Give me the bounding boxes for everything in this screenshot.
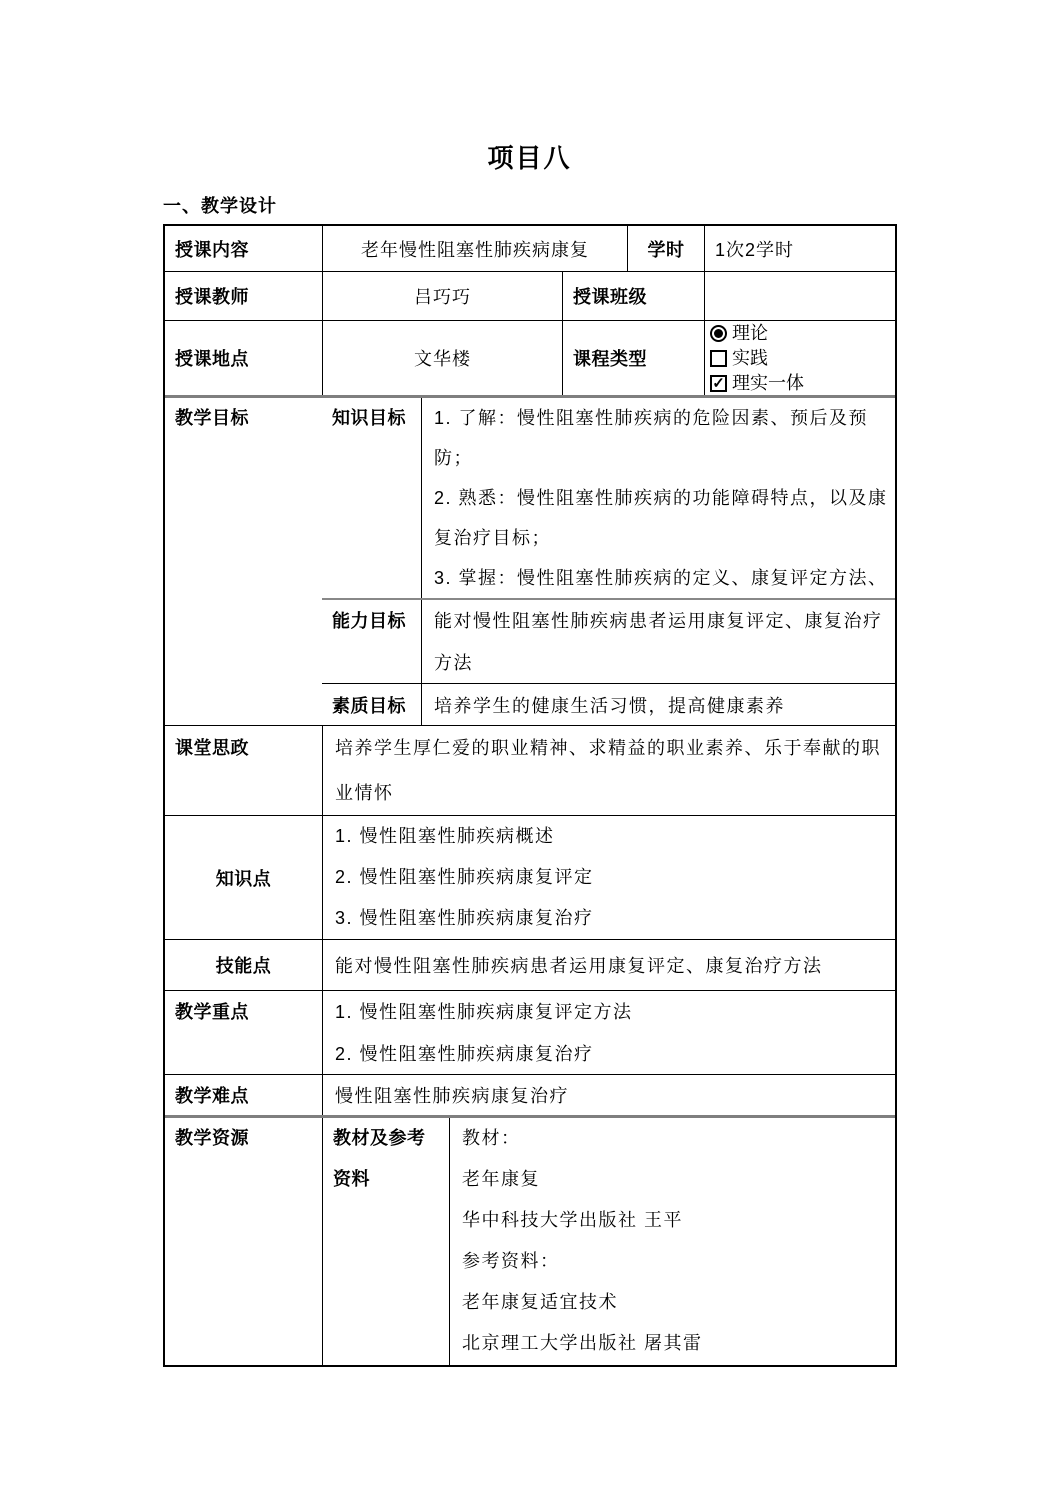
section-heading: 一、教学设计 <box>163 192 277 218</box>
row-difficult-points: 教学难点 慢性阻塞性肺疾病康复治疗 <box>165 1074 895 1115</box>
teacher-label: 授课教师 <box>165 272 322 320</box>
ability-objective-content: 能对慢性阻塞性肺疾病患者运用康复评定、康复治疗方法 <box>422 600 895 683</box>
option-label: 理实一体 <box>732 371 804 396</box>
row-key-points: 教学重点 1. 慢性阻塞性肺疾病康复评定方法2. 慢性阻塞性肺疾病康复治疗 <box>165 990 895 1074</box>
key-points-content: 1. 慢性阻塞性肺疾病康复评定方法2. 慢性阻塞性肺疾病康复治疗 <box>323 991 639 1074</box>
course-type-option-practice[interactable]: 实践 <box>710 346 768 371</box>
skill-points-label: 技能点 <box>165 940 322 990</box>
quality-objective-label: 素质目标 <box>322 684 421 725</box>
ideology-content: 培养学生厚仁爱的职业精神、求精益的职业素养、乐于奉献的职业情怀 <box>323 726 895 815</box>
knowledge-objective-content: 1. 了解：慢性阻塞性肺疾病的危险因素、预后及预防；2. 熟悉：慢性阻塞性肺疾病… <box>422 398 895 598</box>
row-teaching-content: 授课内容 老年慢性阻塞性肺疾病康复 学时 1次2学时 <box>165 226 895 271</box>
ideology-label: 课堂思政 <box>165 726 322 815</box>
ability-objective-label: 能力目标 <box>322 600 421 683</box>
document-page: 项目八 一、教学设计 授课内容 老年慢性阻塞性肺疾病康复 学时 1次2学时 授课… <box>0 0 1059 1497</box>
course-type-option-theory[interactable]: 理论 <box>710 321 768 346</box>
location-value: 文华楼 <box>322 321 562 395</box>
course-type-options: 理论 实践 理实一体 <box>704 321 895 395</box>
row-knowledge-points: 知识点 1. 慢性阻塞性肺疾病概述2. 慢性阻塞性肺疾病康复评定3. 慢性阻塞性… <box>165 815 895 939</box>
resources-label: 教学资源 <box>165 1118 322 1365</box>
difficult-points-label: 教学难点 <box>165 1075 322 1115</box>
checkbox-checked-icon[interactable] <box>710 375 727 392</box>
teacher-value: 吕巧巧 <box>322 272 562 320</box>
row-objectives: 教学目标 知识目标 1. 了解：慢性阻塞性肺疾病的危险因素、预后及预防；2. 熟… <box>165 395 895 725</box>
hours-label: 学时 <box>627 226 704 271</box>
course-type-label: 课程类型 <box>562 321 704 395</box>
row-skill-points: 技能点 能对慢性阻塞性肺疾病患者运用康复评定、康复治疗方法 <box>165 939 895 990</box>
teaching-content-label: 授课内容 <box>165 226 322 271</box>
knowledge-points-content: 1. 慢性阻塞性肺疾病概述2. 慢性阻塞性肺疾病康复评定3. 慢性阻塞性肺疾病康… <box>323 816 600 939</box>
row-ideology: 课堂思政 培养学生厚仁爱的职业精神、求精益的职业素养、乐于奉献的职业情怀 <box>165 725 895 815</box>
subrow-quality-objective: 素质目标 培养学生的健康生活习惯，提高健康素养 <box>322 683 895 725</box>
row-location: 授课地点 文华楼 课程类型 理论 实践 理实一体 <box>165 320 895 395</box>
location-label: 授课地点 <box>165 321 322 395</box>
teaching-content-value: 老年慢性阻塞性肺疾病康复 <box>322 226 627 271</box>
teaching-design-table: 授课内容 老年慢性阻塞性肺疾病康复 学时 1次2学时 授课教师 吕巧巧 授课班级… <box>163 224 897 1367</box>
key-points-label: 教学重点 <box>165 991 322 1074</box>
resources-content: 教材：老年康复华中科技大学出版社 王平参考资料：老年康复适宜技术北京理工大学出版… <box>450 1118 709 1364</box>
course-type-option-integrated[interactable]: 理实一体 <box>710 371 804 396</box>
difficult-points-content: 慢性阻塞性肺疾病康复治疗 <box>323 1082 575 1108</box>
skill-points-content: 能对慢性阻塞性肺疾病患者运用康复评定、康复治疗方法 <box>323 952 829 978</box>
option-label: 实践 <box>732 346 768 371</box>
row-teacher: 授课教师 吕巧巧 授课班级 <box>165 271 895 320</box>
row-resources: 教学资源 教材及参考资料 教材：老年康复华中科技大学出版社 王平参考资料：老年康… <box>165 1115 895 1365</box>
quality-objective-content: 培养学生的健康生活习惯，提高健康素养 <box>422 692 791 718</box>
page-title: 项目八 <box>0 138 1059 175</box>
class-value <box>704 272 895 320</box>
checkbox-unchecked-icon[interactable] <box>710 350 727 367</box>
subrow-ability-objective: 能力目标 能对慢性阻塞性肺疾病患者运用康复评定、康复治疗方法 <box>322 598 895 683</box>
hours-value: 1次2学时 <box>704 226 895 271</box>
subrow-knowledge-objective: 知识目标 1. 了解：慢性阻塞性肺疾病的危险因素、预后及预防；2. 熟悉：慢性阻… <box>322 398 895 598</box>
objectives-subrows: 知识目标 1. 了解：慢性阻塞性肺疾病的危险因素、预后及预防；2. 熟悉：慢性阻… <box>322 398 895 725</box>
objectives-label: 教学目标 <box>165 398 322 725</box>
class-label: 授课班级 <box>562 272 704 320</box>
knowledge-objective-label: 知识目标 <box>322 398 421 598</box>
knowledge-points-label: 知识点 <box>165 816 322 939</box>
resources-sub-label: 教材及参考资料 <box>322 1118 449 1365</box>
radio-selected-icon[interactable] <box>710 325 727 342</box>
option-label: 理论 <box>732 321 768 346</box>
